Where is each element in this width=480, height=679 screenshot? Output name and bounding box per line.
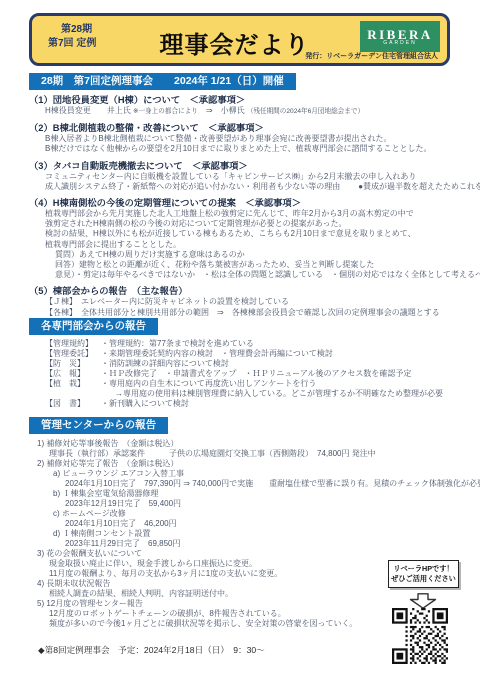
agenda-1-note2: （残任期間の2024年6月団地総会まで） (247, 108, 364, 115)
center-item-2c-detail: 2024年1月10日完了 46,200円 (65, 519, 465, 529)
building-report-label: 【Ｊ棟】 (45, 297, 81, 307)
committee-label: 【防 災】 (45, 359, 101, 369)
agenda-section: （1）団地役員変更（H棟）について ＜承認事項＞ H棟役員変更 井上氏 ※一身上… (29, 95, 459, 324)
center-item-3: 3) 花の会報酬支払いについて (37, 549, 465, 559)
center-2a-note: 重耐塩仕様で型番に誤り有。見積のチェック体制強化が必要 (269, 479, 480, 488)
committee-banner: 各専門部会からの報告 (29, 318, 158, 335)
newsletter-page: 第28期 第7回 定例 理事会だより RIBERA GARDEN 発行：リベーラ… (0, 0, 480, 679)
agenda-2-heading: （2）B棟北側植栽の整備・改善について ＜承認事項＞ (29, 123, 459, 134)
agenda-3-reason: 成人識別システム終了・新紙幣への対応が追い付かない・利用者も少ない等の理由 (45, 182, 340, 191)
term-label: 第28期 第7回 定例 (48, 23, 96, 51)
committee-subnote: →専用庭の使用料は棟別管理費に納入している。どこが管理するか不明確なため整理が必… (45, 389, 459, 399)
next-meeting-footer: ◆第8回定例理事会 予定：2024年2月18日（日） 9：30～ (38, 644, 265, 656)
agenda-1-main2: ⇒ 小柳氏 (198, 106, 247, 115)
hp-callout-line2: ぜひご活用ください (390, 574, 457, 584)
committee-text: →専用庭の使用料は棟別管理費に納入している。どこが管理するか不明確なため整理が必… (115, 389, 443, 399)
building-report-label: 【各棟】 (45, 308, 81, 318)
agenda-1-line: H棟役員変更 井上氏 ※一身上の都合により ⇒ 小柳氏 （残任期間の2024年6… (45, 106, 459, 117)
building-report-row: 【各棟】全体共用部分と棟別共用部分の範囲 ⇒ 各棟棟部会役員会で確認し次回の定例… (45, 308, 459, 318)
committee-text: ・新刊購入について検討 (101, 399, 189, 409)
committee-row: 【広 報】・ＨＰ改修完了 ・申請書式をアップ ・ＨＰリニューアル後のアクセス数を… (45, 369, 459, 379)
committee-text: ・来期管理委託契約内容の検討 ・管理費会計再編について検討 (101, 349, 333, 359)
center-item-4-line1: 相続人調査の結果、相続人判明、内容証明送付中。 (49, 589, 465, 599)
agenda-4-answer: 回答）建物と松との距離が近く、花粉や落ち葉被害があったため、妥当と判断し提案した (55, 260, 459, 270)
committee-row: 【防 災】・消防訓練の詳細内容について検討 (45, 359, 459, 369)
header-box: 第28期 第7回 定例 理事会だより RIBERA GARDEN 発行：リベーラ… (29, 13, 450, 66)
center-2a-amount: 2024年1月10日完了 797,390円 ⇒ 740,000円で実施 (65, 479, 253, 488)
ribera-logo: RIBERA GARDEN (360, 21, 440, 52)
committee-text: ・管理規約：第77条まで検討を進めている (101, 339, 254, 349)
committee-label: 【広 報】 (45, 369, 101, 379)
committee-label: 【管理委託】 (45, 349, 101, 359)
center-item-2c: c) ホームページ改修 (53, 509, 465, 519)
agenda-4-opinion: 意見）・剪定は毎年やるべきではないか ・松は全体の問題と認識している ・個別の対… (55, 270, 459, 280)
agenda-5-heading: （5）棟部会からの報告 （主な報告） (29, 286, 459, 297)
agenda-2-line1: B棟入居者よりB棟北側植栽について整備・改善要望があり理事会宛に改善要望書が提出… (45, 134, 459, 144)
agenda-item-4: （4）H棟南側松の今後の定期管理についての提案 ＜承認事項＞ 植栽専門部会から先… (29, 198, 459, 280)
committee-section: 各専門部会からの報告 【管理規約】・管理規約：第77条まで検討を進めている 【管… (29, 318, 459, 409)
agenda-3-approve-note: ●賛成が過半数を超えたためこれを承認 (358, 182, 480, 191)
down-arrow-icon (409, 593, 437, 609)
agenda-1-heading: （1）団地役員変更（H棟）について ＜承認事項＞ (29, 95, 459, 106)
building-report-text: エレベーター内に防災キャビネットの設置を検討している (81, 297, 289, 307)
agenda-2-line2: B棟だけではなく他棟からの要望を2月10日までに取りまとめた上で、植栽専門部会に… (45, 144, 459, 154)
center-item-2d: d) Ｉ棟南側コンセント設置 (53, 529, 465, 539)
agenda-item-5: （5）棟部会からの報告 （主な報告） 【Ｊ棟】エレベーター内に防災キャビネットの… (29, 286, 459, 317)
center-item-2b: b) Ｉ棟集会室電気給湯器修理 (53, 489, 465, 499)
agenda-4-question: 質問）あえてH棟の周りだけ実施する意味はあるのか (55, 250, 459, 260)
center-item-1-sub: 理事長（執行部）承認案件 子供の広場庭園灯交換工事（西側階段） 74,800円 … (49, 449, 465, 459)
meeting-banner: 28期 第7回定例理事会 2024年 1/21（日）開催 (29, 73, 296, 90)
committee-row: 【植 栽】・専用庭内の自生木について再度洗い出しアンケートを行う (45, 379, 459, 389)
agenda-item-1: （1）団地役員変更（H棟）について ＜承認事項＞ H棟役員変更 井上氏 ※一身上… (29, 95, 459, 117)
hp-callout-box: リベーラHPです！ ぜひご活用ください (388, 560, 459, 588)
qr-code (392, 608, 448, 664)
logo-wordmark: RIBERA (360, 29, 440, 40)
center-item-1: 1) 補修対応等事後報告 （金額は税込） (37, 439, 465, 449)
agenda-1-main1: H棟役員変更 井上氏 (45, 106, 133, 115)
committee-text: ・消防訓練の詳細内容について検討 (101, 359, 229, 369)
agenda-4-line4: 植栽専門部会に提出することとした。 (45, 240, 459, 250)
committee-text: ・専用庭内の自生木について再度洗い出しアンケートを行う (101, 379, 316, 389)
center-item-2d-detail: 2023年11月29日完了 69,850円 (65, 539, 465, 549)
committee-label: 【管理規約】 (45, 339, 101, 349)
term-line1: 第28期 (48, 23, 96, 37)
committee-row: 【管理規約】・管理規約：第77条まで検討を進めている (45, 339, 459, 349)
center-item-2b-detail: 2023年12月19日完了 59,400円 (65, 499, 465, 509)
building-report-row: 【Ｊ棟】エレベーター内に防災キャビネットの設置を検討している (45, 297, 459, 307)
agenda-item-3: （3）タバコ自動販売機撤去について ＜承認事項＞ コミュニティセンター内に自販機… (29, 161, 459, 192)
agenda-4-line3: 検討の結果、H棟以外にも松が近接している棟もあるため、こちらも2月10日まで意見… (45, 229, 459, 239)
agenda-3-heading: （3）タバコ自動販売機撤去について ＜承認事項＞ (29, 161, 459, 172)
management-center-banner: 管理センターからの報告 (29, 417, 168, 434)
agenda-item-2: （2）B棟北側植栽の整備・改善について ＜承認事項＞ B棟入居者よりB棟北側植栽… (29, 123, 459, 154)
committee-row: 【図 書】・新刊購入について検討 (45, 399, 459, 409)
agenda-3-line1: コミュニティセンター内に自販機を設置している「キャビンサービス㈱」から2月末撤去… (45, 172, 459, 182)
committee-label: 【図 書】 (45, 399, 101, 409)
center-item-2a: a) ビューラウンジ エアコン入替工事 (53, 469, 465, 479)
committee-row: 【管理委託】・来期管理委託契約内容の検討 ・管理費会計再編について検討 (45, 349, 459, 359)
management-center-section: 管理センターからの報告 1) 補修対応等事後報告 （金額は税込） 理事長（執行部… (29, 417, 465, 629)
committee-label: 【植 栽】 (45, 379, 101, 389)
hp-callout-line1: リベーラHPです！ (390, 564, 457, 574)
agenda-4-line1: 植栽専門部会から先月実施した北人工地盤上松の強剪定に先んじて、昨年2月から3月の… (45, 209, 459, 219)
agenda-4-heading: （4）H棟南側松の今後の定期管理についての提案 ＜承認事項＞ (29, 198, 459, 209)
agenda-4-line2: 強剪定されたH棟南側の松の今後の対応について定期管理が必要との提案があった。 (45, 219, 459, 229)
committee-text: ・ＨＰ改修完了 ・申請書式をアップ ・ＨＰリニューアル後のアクセス数を確認予定 (101, 369, 411, 379)
agenda-3-line2: 成人識別システム終了・新紙幣への対応が追い付かない・利用者も少ない等の理由●賛成… (45, 182, 459, 192)
term-line2: 第7回 定例 (48, 37, 96, 51)
publisher-line: 発行：リベーラガーデン住宅管理組合法人 (305, 51, 438, 61)
center-item-2a-detail: 2024年1月10日完了 797,390円 ⇒ 740,000円で実施重耐塩仕様… (65, 479, 465, 489)
building-report-text: 全体共用部分と棟別共用部分の範囲 ⇒ 各棟棟部会役員会で確認し次回の定例理事会の… (81, 308, 440, 318)
agenda-1-note1: ※一身上の都合により (133, 108, 198, 115)
center-item-2: 2) 補修対応等完了報告 （金額は税込） (37, 459, 465, 469)
